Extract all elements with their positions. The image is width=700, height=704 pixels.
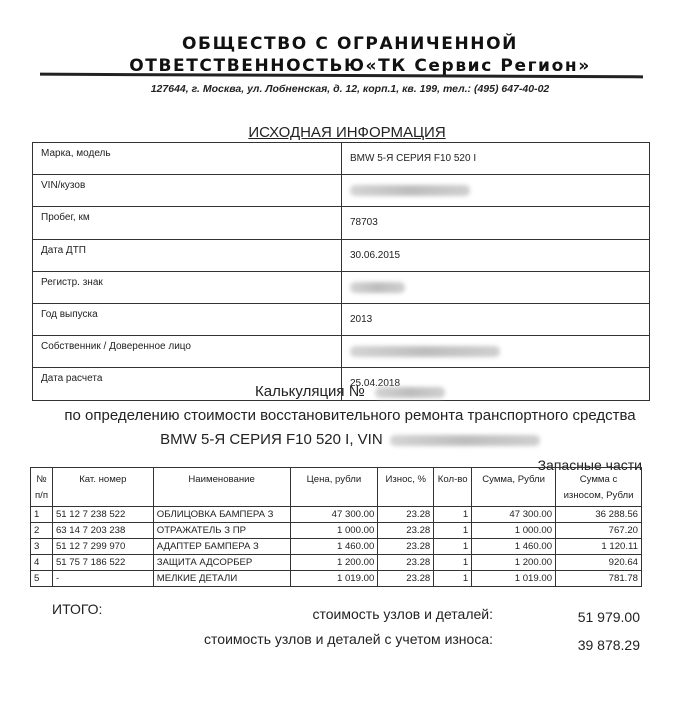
info-row: VIN/кузов (33, 175, 650, 207)
info-section-title: ИСХОДНАЯ ИНФОРМАЦИЯ (0, 124, 697, 141)
parts-column-header: Цена, рубли (290, 468, 378, 507)
parts-cell: 3 (31, 539, 53, 555)
parts-cell: 1 (434, 523, 472, 539)
info-row: Год выпуска2013 (33, 303, 650, 335)
parts-cell: 1 120.11 (556, 539, 642, 555)
info-row: Дата ДТП30.06.2015 (33, 239, 650, 271)
calculation-number-label: Калькуляция № (255, 383, 365, 400)
info-value (342, 336, 650, 368)
parts-cell: 2 (31, 523, 53, 539)
parts-cell: 1 200.00 (290, 555, 378, 571)
redacted-vin (390, 435, 540, 446)
parts-column-header: Наименование (153, 468, 290, 507)
parts-cell: 1 460.00 (290, 539, 378, 555)
totals-label: ИТОГО: (52, 601, 102, 617)
info-value: 78703 (342, 207, 650, 239)
parts-row: 351 12 7 299 970АДАПТЕР БАМПЕРА З1 460.0… (31, 539, 642, 555)
parts-cell: 1 460.00 (472, 539, 556, 555)
info-value: 30.06.2015 (342, 239, 650, 271)
parts-cell: 63 14 7 203 238 (52, 523, 153, 539)
parts-column-header: № п/п (31, 468, 53, 507)
parts-cell: ЗАЩИТА АДСОРБЕР (153, 555, 290, 571)
parts-cell: ОБЛИЦОВКА БАМПЕРА З (153, 507, 290, 523)
parts-cell: 36 288.56 (556, 507, 642, 523)
redacted-value (350, 282, 405, 293)
redacted-value (350, 185, 470, 196)
info-label: Год выпуска (33, 303, 342, 335)
info-label: Марка, модель (33, 143, 342, 175)
info-row: Пробег, км78703 (33, 207, 650, 239)
info-row: Марка, модельBMW 5-Я СЕРИЯ F10 520 I (33, 143, 650, 175)
info-label: Регистр. знак (33, 271, 342, 303)
info-label: VIN/кузов (33, 175, 342, 207)
parts-cell: 767.20 (556, 523, 642, 539)
calculation-vehicle: BMW 5-Я СЕРИЯ F10 520 I, VIN (0, 431, 700, 448)
info-row: Регистр. знак (33, 271, 650, 303)
parts-table: № п/пКат. номерНаименованиеЦена, рублиИз… (30, 467, 642, 587)
info-label: Пробег, км (33, 207, 342, 239)
info-label: Дата ДТП (33, 239, 342, 271)
parts-cost-label: стоимость узлов и деталей: (313, 606, 493, 622)
parts-column-header: Кол-во (434, 468, 472, 507)
parts-cell: 5 (31, 571, 53, 587)
parts-cell: 51 12 7 238 522 (52, 507, 153, 523)
parts-cell: 1 019.00 (290, 571, 378, 587)
parts-cell: 51 75 7 186 522 (52, 555, 153, 571)
calculation-subtitle: по определению стоимости восстановительн… (0, 407, 700, 424)
parts-row: 5-МЕЛКИЕ ДЕТАЛИ1 019.0023.2811 019.00781… (31, 571, 642, 587)
parts-column-header: Сумма, Рубли (472, 468, 556, 507)
vehicle-info-table: Марка, модельBMW 5-Я СЕРИЯ F10 520 IVIN/… (32, 142, 650, 401)
parts-cell: 1 (434, 571, 472, 587)
parts-cell: ОТРАЖАТЕЛЬ З ПР (153, 523, 290, 539)
parts-cell: МЕЛКИЕ ДЕТАЛИ (153, 571, 290, 587)
parts-cell: 23.28 (378, 571, 434, 587)
parts-cell: 1 (31, 507, 53, 523)
parts-cell: 4 (31, 555, 53, 571)
parts-cell: 1 (434, 555, 472, 571)
parts-cell: 23.28 (378, 539, 434, 555)
parts-row: 151 12 7 238 522ОБЛИЦОВКА БАМПЕРА З47 30… (31, 507, 642, 523)
parts-cell: 23.28 (378, 523, 434, 539)
parts-cost-value: 51 979.00 (578, 609, 640, 625)
vehicle-line-text: BMW 5-Я СЕРИЯ F10 520 I, VIN (160, 431, 383, 448)
redacted-calculation-number (375, 387, 445, 398)
parts-row: 263 14 7 203 238ОТРАЖАТЕЛЬ З ПР1 000.002… (31, 523, 642, 539)
parts-cell: 51 12 7 299 970 (52, 539, 153, 555)
calculation-title: Калькуляция № (0, 383, 700, 400)
parts-cell: 47 300.00 (290, 507, 378, 523)
parts-cell: 23.28 (378, 555, 434, 571)
parts-cell: - (52, 571, 153, 587)
parts-column-header: Сумма с износом, Рубли (556, 468, 642, 507)
parts-column-header: Кат. номер (52, 468, 153, 507)
parts-cell: 920.64 (556, 555, 642, 571)
parts-cell: 1 200.00 (472, 555, 556, 571)
redacted-value (350, 346, 500, 357)
parts-cell: 1 019.00 (472, 571, 556, 587)
parts-cell: АДАПТЕР БАМПЕРА З (153, 539, 290, 555)
info-value: 2013 (342, 303, 650, 335)
parts-cell: 1 000.00 (472, 523, 556, 539)
parts-table-header: № п/пКат. номерНаименованиеЦена, рублиИз… (31, 468, 642, 507)
info-value (342, 271, 650, 303)
company-address: 127644, г. Москва, ул. Лобненская, д. 12… (0, 83, 700, 95)
parts-cost-wear-value: 39 878.29 (578, 637, 640, 653)
parts-cost-wear-label: стоимость узлов и деталей с учетом износ… (204, 631, 493, 647)
parts-cell: 781.78 (556, 571, 642, 587)
info-value: BMW 5-Я СЕРИЯ F10 520 I (342, 143, 650, 175)
parts-cell: 23.28 (378, 507, 434, 523)
parts-cell: 47 300.00 (472, 507, 556, 523)
parts-row: 451 75 7 186 522ЗАЩИТА АДСОРБЕР1 200.002… (31, 555, 642, 571)
info-row: Собственник / Доверенное лицо (33, 336, 650, 368)
info-value (342, 175, 650, 207)
company-name-line1: ОБЩЕСТВО С ОГРАНИЧЕННОЙ (0, 34, 700, 54)
parts-cell: 1 (434, 507, 472, 523)
info-label: Собственник / Доверенное лицо (33, 336, 342, 368)
parts-cell: 1 (434, 539, 472, 555)
parts-cell: 1 000.00 (290, 523, 378, 539)
parts-column-header: Износ, % (378, 468, 434, 507)
